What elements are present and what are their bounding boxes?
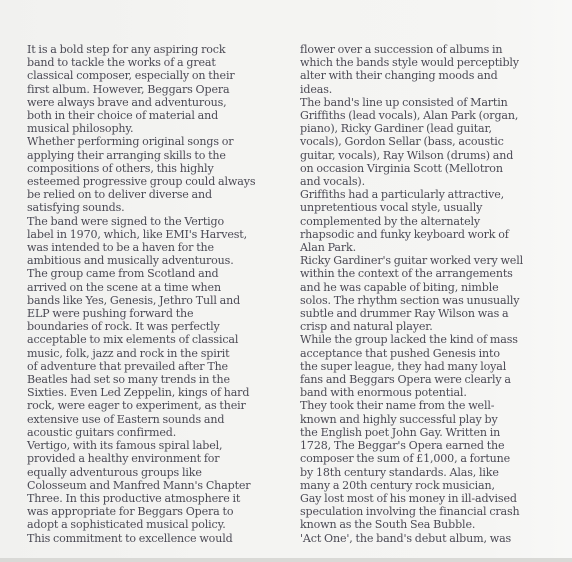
text-line: 1728, The Beggar's Opera earned the — [300, 439, 562, 452]
text-line: The band's line up consisted of Martin — [300, 96, 562, 109]
text-line: It is a bold step for any aspiring rock — [27, 43, 289, 56]
text-line: Ricky Gardiner's guitar worked very well — [300, 254, 562, 267]
text-line: Griffiths had a particularly attractive, — [300, 188, 562, 201]
text-line: many a 20th century rock musician, — [300, 479, 562, 492]
left-text-column: It is a bold step for any aspiring rockb… — [27, 43, 289, 545]
text-line: known as the South Sea Bubble. — [300, 518, 562, 531]
text-line: provided a healthy environment for — [27, 452, 289, 465]
text-line: unpretentious vocal style, usually — [300, 201, 562, 214]
text-line: Vertigo, with its famous spiral label, — [27, 439, 289, 452]
text-line: composer the sum of £1,000, a fortune — [300, 452, 562, 465]
text-line: rhapsodic and funky keyboard work of — [300, 228, 562, 241]
text-line: ELP were pushing forward the — [27, 307, 289, 320]
text-line: the super league, they had many loyal — [300, 360, 562, 373]
text-line: Gay lost most of his money in ill-advise… — [300, 492, 562, 505]
text-line: within the context of the arrangements — [300, 267, 562, 280]
text-line: which the bands style would perceptibly — [300, 56, 562, 69]
text-line: by 18th century standards. Alas, like — [300, 466, 562, 479]
text-line: the English poet John Gay. Written in — [300, 426, 562, 439]
text-line: known and highly successful play by — [300, 413, 562, 426]
text-line: vocals), Gordon Sellar (bass, acoustic — [300, 135, 562, 148]
text-line: This commitment to excellence would — [27, 532, 289, 545]
booklet-page: It is a bold step for any aspiring rockb… — [0, 0, 572, 562]
text-line: crisp and natural player. — [300, 320, 562, 333]
text-line: The group came from Scotland and — [27, 267, 289, 280]
text-line: flower over a succession of albums in — [300, 43, 562, 56]
text-line: were always brave and adventurous, — [27, 96, 289, 109]
text-line: classical composer, especially on their — [27, 69, 289, 82]
text-line: was appropriate for Beggars Opera to — [27, 505, 289, 518]
text-line: complemented by the alternately — [300, 215, 562, 228]
text-line: boundaries of rock. It was perfectly — [27, 320, 289, 333]
text-line: ambitious and musically adventurous. — [27, 254, 289, 267]
text-line: ideas. — [300, 83, 562, 96]
text-line: Alan Park. — [300, 241, 562, 254]
text-line: compositions of others, this highly — [27, 162, 289, 175]
text-line: Whether performing original songs or — [27, 135, 289, 148]
text-line: Sixties. Even Led Zeppelin, kings of har… — [27, 386, 289, 399]
text-line: equally adventurous groups like — [27, 466, 289, 479]
text-line: rock, were eager to experiment, as their — [27, 399, 289, 412]
text-line: Colosseum and Manfred Mann's Chapter — [27, 479, 289, 492]
text-line: acceptance that pushed Genesis into — [300, 347, 562, 360]
text-line: fans and Beggars Opera were clearly a — [300, 373, 562, 386]
text-line: acoustic guitars confirmed. — [27, 426, 289, 439]
text-line: Beatles had set so many trends in the — [27, 373, 289, 386]
text-line: and vocals). — [300, 175, 562, 188]
text-line: first album. However, Beggars Opera — [27, 83, 289, 96]
text-line: piano), Ricky Gardiner (lead guitar, — [300, 122, 562, 135]
right-text-column: flower over a succession of albums inwhi… — [300, 43, 562, 545]
text-line: band with enormous potential. — [300, 386, 562, 399]
text-line: label in 1970, which, like EMI's Harvest… — [27, 228, 289, 241]
text-line: They took their name from the well- — [300, 399, 562, 412]
text-line: The band were signed to the Vertigo — [27, 215, 289, 228]
text-line: of adventure that prevailed after The — [27, 360, 289, 373]
text-line: satisfying sounds. — [27, 201, 289, 214]
text-line: musical philosophy. — [27, 122, 289, 135]
text-line: extensive use of Eastern sounds and — [27, 413, 289, 426]
text-line: band to tackle the works of a great — [27, 56, 289, 69]
text-line: and he was capable of biting, nimble — [300, 281, 562, 294]
text-line: was intended to be a haven for the — [27, 241, 289, 254]
text-line: on occasion Virginia Scott (Mellotron — [300, 162, 562, 175]
text-line: both in their choice of material and — [27, 109, 289, 122]
text-line: 'Act One', the band's debut album, was — [300, 532, 562, 545]
page-bottom-edge — [0, 558, 572, 562]
text-line: applying their arranging skills to the — [27, 149, 289, 162]
text-line: Griffiths (lead vocals), Alan Park (orga… — [300, 109, 562, 122]
text-line: acceptable to mix elements of classical — [27, 333, 289, 346]
text-line: subtle and drummer Ray Wilson was a — [300, 307, 562, 320]
text-line: While the group lacked the kind of mass — [300, 333, 562, 346]
text-line: arrived on the scene at a time when — [27, 281, 289, 294]
text-line: esteemed progressive group could always — [27, 175, 289, 188]
text-line: solos. The rhythm section was unusually — [300, 294, 562, 307]
text-line: alter with their changing moods and — [300, 69, 562, 82]
text-line: Three. In this productive atmosphere it — [27, 492, 289, 505]
text-line: guitar, vocals), Ray Wilson (drums) and — [300, 149, 562, 162]
text-line: bands like Yes, Genesis, Jethro Tull and — [27, 294, 289, 307]
text-line: music, folk, jazz and rock in the spirit — [27, 347, 289, 360]
text-line: adopt a sophisticated musical policy. — [27, 518, 289, 531]
text-line: be relied on to deliver diverse and — [27, 188, 289, 201]
text-line: speculation involving the financial cras… — [300, 505, 562, 518]
